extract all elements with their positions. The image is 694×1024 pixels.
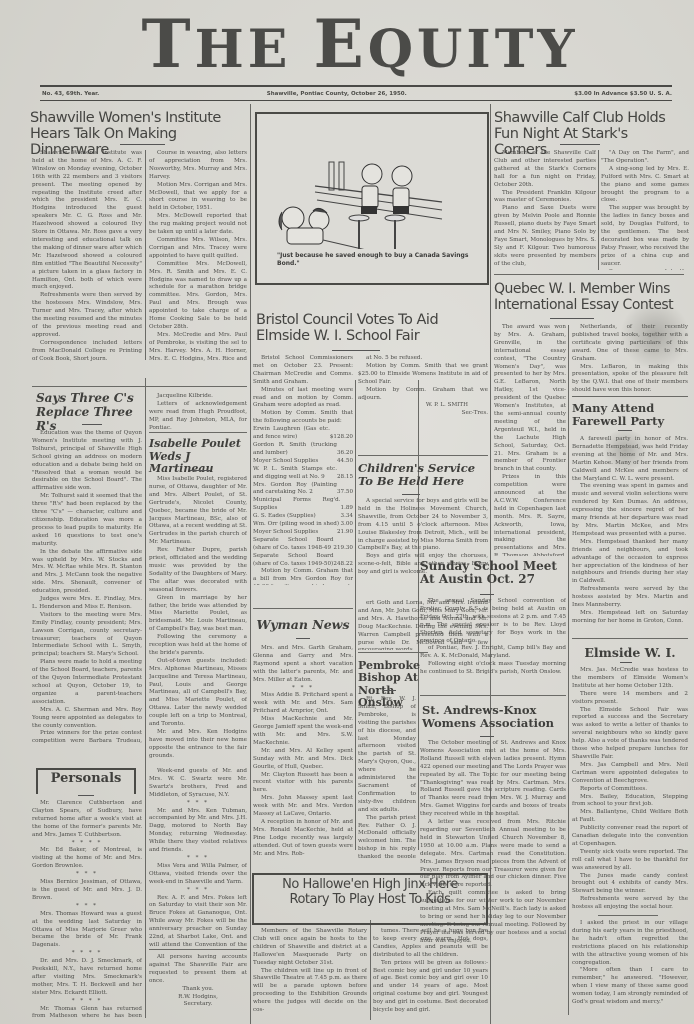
accounts-list: Erwin Laughren (Gas etc. and fence wire)… <box>253 426 353 568</box>
account-amount: 44.50 <box>337 458 353 466</box>
paragraph: Members of the Shawville Calf Club and o… <box>494 150 596 190</box>
cartoon-ad-box: "Just because he saved enough to buy a C… <box>255 112 489 285</box>
headline-three-cs: Says Three C's Replace Three R's <box>36 392 146 433</box>
paragraph: Motion by Comm. Graham that a bill from … <box>253 568 353 585</box>
headline-sunday-school: Sunday School Meet At Austin Oct. 27 <box>420 560 566 587</box>
paragraph: Refreshments were served by the hostess … <box>572 586 688 610</box>
headline-separator <box>190 470 210 471</box>
account-row: W. P. L. Smith Stamps etc. and digging w… <box>253 466 353 482</box>
masthead-letters: HE <box>195 19 314 80</box>
headline-separator <box>480 736 494 737</box>
article-body-pembroke: Rt. Rev. W. J. Smith, Bishop of Pembroke… <box>358 696 416 858</box>
paragraph: Mrs. Jas Campbell and Mrs. Neil Cartman … <box>572 762 688 786</box>
section-rule <box>358 652 428 653</box>
separator-stars: * * * <box>149 800 247 808</box>
paragraph: The parish priest Rev. Father O. J. McDo… <box>358 815 416 858</box>
account-row: Separate School Board (share of Co. taxe… <box>253 553 353 569</box>
dateline: No. 43, 69th. Year. Shawville, Pontiac C… <box>42 89 672 99</box>
paragraph: Course in weaving, also letters of appre… <box>149 150 247 182</box>
account-item: Separate School Board (share of Co. taxe… <box>253 553 333 569</box>
paragraph: In the debate the affirmative side was u… <box>32 549 142 596</box>
masthead-rule-top <box>40 85 672 87</box>
paragraph: Reports of Committees. <box>572 786 688 794</box>
article-body-personals: Mr. Clarence Cuthbertson and Clayton Spe… <box>32 800 142 1020</box>
section-rule <box>149 949 247 950</box>
notice-shawville-fair: All persons having accounts against The … <box>149 954 247 1020</box>
paragraph: Mr. Tolhurst said it seemed that the thr… <box>32 493 142 548</box>
paragraph: Mr. and Mrs. Ken Tubman, accompanied by … <box>149 808 247 855</box>
paragraph: Mrs. Bailey, Education, Stepping from sc… <box>572 794 688 810</box>
paragraph: Dr. and Mrs. D. J. Smeckmark, of Peekski… <box>32 958 142 998</box>
section-rule <box>253 608 353 609</box>
account-item: Mrs. Gordon Roy (Painting and caretaking… <box>253 482 337 498</box>
account-item: Municipal Forms Reg'd. Supplies <box>253 497 341 513</box>
account-row: Erwin Laughren (Gas etc. and fence wire)… <box>253 426 353 442</box>
article-body-elmside-wi: Mrs. Jas. McCredie was hostess to the me… <box>572 667 688 913</box>
paragraph: Following eight o'clock mass Tuesday mor… <box>420 661 566 677</box>
paragraph: The Elmside School Fair was reported a s… <box>572 707 688 762</box>
paragraph: The President Franklin Kilgour was maste… <box>494 190 596 206</box>
headline-separator <box>78 795 94 796</box>
paragraph: The supper was brought by the ladies in … <box>601 205 689 268</box>
article-body-bristol-col1: Bristol School Commissioners met on Octo… <box>253 355 353 585</box>
article-body-bristol-col2: at No. 5 be refused. Motion by Comm. Smi… <box>358 355 488 427</box>
paragraph: Minutes of last meeting were read and on… <box>253 387 353 411</box>
article-body-personals-col2: Week-end guests of Mr. and Mrs. W. C. Sw… <box>149 768 247 948</box>
paragraph: Out-of-town guests included: Mrs. Alphon… <box>149 658 247 729</box>
section-rule <box>32 386 247 387</box>
paragraph: Mrs. Thomas Howard was a guest at the we… <box>32 911 142 951</box>
headline-bristol-council: Bristol Council Votes To Aid Elmside W. … <box>256 312 488 344</box>
section-rule <box>420 695 566 696</box>
paragraph: Rt. Rev. W. J. Smith, Bishop of Pembroke… <box>358 696 416 815</box>
paragraph: Prizes in this competition were announce… <box>494 474 566 556</box>
paragraph: Committee Mrs. McDowell, Mrs. R. Smith a… <box>149 261 247 332</box>
paragraph: Mrs. McCredie and Mrs. Paul of Pembroke,… <box>149 332 247 362</box>
account-amount: 248.22 <box>333 561 353 569</box>
paragraph: Correspondence included letters from Mac… <box>32 340 142 362</box>
paragraph: Mr. and Mrs. Al Kelley spent Sunday with… <box>253 748 353 772</box>
paragraph: Committee Mrs. Wilson, Mrs. Corrigan and… <box>149 237 247 261</box>
section-rule <box>358 455 488 456</box>
account-item: G. S. Eades (Supplies) <box>253 513 316 521</box>
paragraph: The award was won by Mrs. A. Graham, Gre… <box>494 324 566 474</box>
separator-stars: * * * <box>253 685 353 693</box>
paragraph: "More often than I care to remember," he… <box>572 967 688 1007</box>
headline-separator <box>120 144 165 145</box>
signer-name: W. P. L. SMITH <box>358 402 488 410</box>
masthead-title: THE EQUITY <box>40 4 680 84</box>
headline-childrens-service: Children's Service To Be Held Here <box>358 462 488 488</box>
account-row: Gordon R. Smith (trucking and lumber)36.… <box>253 442 353 458</box>
account-row: Moyer School Supplies44.50 <box>253 458 353 466</box>
column-divider <box>598 150 599 270</box>
account-amount: 1.89 <box>341 505 353 513</box>
paragraph: Mr. Ed Baker, of Montreal, is visiting a… <box>32 847 142 871</box>
headline-separator <box>550 318 594 319</box>
paragraph: Miss Vera and Willa Palmer, of Ottawa, v… <box>149 863 247 887</box>
paragraph: Miss Bernice Jessiman, of Ottawa, is the… <box>32 879 142 903</box>
paragraph: Rev. A. F. and Mrs. Fokes left on Saturd… <box>149 895 247 949</box>
newspaper-page: THE EQUITY No. 43, 69th. Year. Shawville… <box>0 0 694 1024</box>
account-row: Moyer School Supplies21.90 <box>253 529 353 537</box>
paragraph: Supper was served to the ones not having… <box>601 269 689 270</box>
headline-separator <box>296 638 310 639</box>
paragraph: Mrs. John Massey spent last week with Mr… <box>253 795 353 819</box>
separator-stars: * * * * <box>32 998 142 1006</box>
paragraph: A special service for boys and girls wil… <box>358 498 488 553</box>
account-amount: $128.20 <box>330 434 353 442</box>
headline-separator <box>480 594 494 595</box>
cartoon-caption: "Just because he saved enough to buy a C… <box>277 252 477 268</box>
paragraph: The children will line up in front of Sh… <box>253 968 367 1015</box>
paragraph: A sing-song led by Mrs. E. Fulford with … <box>601 166 689 206</box>
paragraph: All persons having accounts against The … <box>149 954 247 986</box>
place-date: Shawville, Pontiac County, October 26, 1… <box>267 91 407 97</box>
account-item: Moyer School Supplies <box>253 529 318 537</box>
paragraph: Letters of acknowledgement were read fro… <box>149 401 247 433</box>
paragraph: Mrs. Jas. McCredie was hostess to the me… <box>572 667 688 691</box>
headline-separator <box>332 350 380 351</box>
account-item: Moyer School Supplies <box>253 458 318 466</box>
separator-stars: * * * * <box>32 950 142 958</box>
account-item: W. P. L. Smith Stamps etc. and digging w… <box>253 466 337 482</box>
notice-signer: R.W. Hodgins, <box>149 994 247 1002</box>
column-divider <box>145 150 146 360</box>
paragraph: Mrs. McDowell reported that the rug maki… <box>149 213 247 237</box>
paragraph: Prize winners for the prize contest comp… <box>32 730 142 746</box>
paragraph: Week-end guests of Mr. and Mrs. W. C. Sw… <box>149 768 247 800</box>
account-amount: 3.34 <box>341 513 353 521</box>
cartoon-illustration <box>257 114 487 249</box>
separator-stars: * * * <box>32 871 142 879</box>
article-body-wi-col2: Course in weaving, also letters of appre… <box>149 150 247 362</box>
article-body-three-cs: Education was the theme of Quyon Women's… <box>32 430 142 746</box>
paragraph: "A Day on The Farm", and "The Operation"… <box>601 150 689 166</box>
paragraph: Motion by Comm. Smith that the following… <box>253 410 353 426</box>
article-body-st-andrews: The October meeting of St. Andrews and K… <box>420 740 566 1022</box>
paragraph: Following the ceremony a reception was h… <box>149 634 247 658</box>
ink-smudge <box>620 300 690 370</box>
paragraph: Jacqueline Kilbride. <box>149 393 247 401</box>
masthead-letter: E <box>313 5 367 83</box>
separator-stars: * * * <box>149 887 247 895</box>
section-rule <box>572 638 688 639</box>
paragraph: There were 14 members and 2 visitors pre… <box>572 691 688 707</box>
paragraph: Mr. Thomas Glenn has returned from Mathe… <box>32 1006 142 1020</box>
paragraph: The annual Sunday School convention of P… <box>420 598 566 645</box>
headline-personals: Personals <box>36 772 136 787</box>
paragraph: Piano and Saxe Duets were given by Melvi… <box>494 205 596 268</box>
paragraph: The October meeting of St. Andrews and K… <box>420 740 566 819</box>
headline-separator <box>402 494 420 495</box>
paragraph: Judges were Mrs. E. Findlay, Mrs. L. Hen… <box>32 596 142 612</box>
paragraph: Refreshments were served by the hostess … <box>572 896 688 912</box>
article-body-halloween-col1: Members of the Shawville Rotary Club wil… <box>253 928 367 1020</box>
paragraph: Mr. Clayton Russett has been a recent vi… <box>253 772 353 796</box>
column-divider <box>250 104 251 1024</box>
account-amount: 219.30 <box>333 545 353 553</box>
paragraph: Plans were made to hold a meeting of the… <box>32 659 142 706</box>
paragraph: Mr. and Mrs. Ken Hodgins have moved into… <box>149 729 247 761</box>
section-rule <box>149 432 247 433</box>
section-rule <box>572 396 688 397</box>
headline-separator <box>82 424 102 425</box>
masthead-letters: QUITY <box>368 19 579 80</box>
headline-separator <box>382 690 396 691</box>
paragraph: Miss Isabelle Poulet, registered nurse, … <box>149 476 247 547</box>
account-row: G. S. Eades (Supplies)3.34 <box>253 513 353 521</box>
account-item: Wm. Orr (piling wood in shed) <box>253 521 339 529</box>
account-amount: 3.00 <box>341 521 353 529</box>
account-row: Mrs. Gordon Roy (Painting and caretaking… <box>253 482 353 498</box>
section-rule <box>494 274 684 275</box>
headline-separator <box>560 144 600 145</box>
masthead-rule-bottom <box>40 100 672 101</box>
paragraph: Each quilt committee is asked to bring s… <box>420 890 566 945</box>
paragraph: Mrs. LeBaron, in making this presentatio… <box>572 364 688 394</box>
separator-stars: * * * <box>149 855 247 863</box>
article-body-sunday-school: The annual Sunday School convention of P… <box>420 598 566 698</box>
paragraph: Refreshments were then served by the hos… <box>32 292 142 339</box>
account-row: Municipal Forms Reg'd. Supplies1.89 <box>253 497 353 513</box>
article-body-isabelle: Miss Isabelle Poulet, registered nurse, … <box>149 476 247 766</box>
account-amount: 36.20 <box>337 450 353 458</box>
paragraph: The evening was spent in games and music… <box>572 483 688 538</box>
account-row: Separate School Board (share of Co. taxe… <box>253 537 353 553</box>
column-divider <box>355 380 356 850</box>
paragraph: I asked the priest in our village during… <box>572 920 688 967</box>
paragraph: Given in marriage by her father, the bri… <box>149 595 247 635</box>
issue-number: No. 43, 69th. Year. <box>42 91 99 97</box>
paragraph: A reception in honor of Mr. and Mrs. Ron… <box>253 819 353 857</box>
paragraph: Mrs. Hempstead left on Saturday morning … <box>572 610 688 626</box>
paragraph: Mrs. A. C. Sherman and Mrs. Roy Young we… <box>32 707 142 731</box>
headline-wyman-news: Wyman News <box>253 618 353 632</box>
paragraph: The Junes made candy contest brought out… <box>572 873 688 897</box>
paragraph: Mrs. Ballantyne, Child Welfare Both at F… <box>572 809 688 825</box>
account-row: Wm. Orr (piling wood in shed)3.00 <box>253 521 353 529</box>
column-divider <box>370 920 371 1020</box>
headline-elmside-wi: Elmside W. I. <box>572 646 688 660</box>
headline-separator <box>620 662 632 663</box>
headline-st-andrews: St. Andrews-Knox Womens Association <box>422 704 568 730</box>
article-body-wi-continued: Jacqueline Kilbride. Letters of acknowle… <box>149 393 247 433</box>
ink-smudge <box>600 430 650 470</box>
paragraph: Rev. Father Dupre, parish priest, offici… <box>149 547 247 594</box>
article-body-calf-club-col1: Members of the Shawville Calf Club and o… <box>494 150 596 270</box>
paragraph: Education was the theme of Quyon Women's… <box>32 430 142 493</box>
paragraph: Miss MacKechnie and Mr. George Jamieff s… <box>253 716 353 748</box>
account-amount: 37.50 <box>337 489 353 497</box>
paragraph: Motion Mrs. Corrigan and Mrs. McDowell, … <box>149 182 247 214</box>
paragraph: Mrs. Hempstead thanked her many friends … <box>572 539 688 586</box>
subscription-price: $3.00 In Advance $3.50 U. S. A. <box>574 91 672 97</box>
account-item: Separate School Board (share of Co. taxe… <box>253 537 333 553</box>
paragraph: Motion by Comm. Graham that we adjourn. <box>358 387 488 403</box>
masthead-letter: T <box>141 5 194 83</box>
column-divider <box>568 325 569 1015</box>
account-amount: 21.90 <box>337 529 353 537</box>
notice-thanks: Thank you. <box>149 986 247 994</box>
paragraph: Twenty sick visits were reported. The ro… <box>572 849 688 873</box>
account-amount: 28.15 <box>337 474 353 482</box>
account-item: Gordon R. Smith (trucking and lumber) <box>253 442 337 458</box>
paragraph: at No. 5 be refused. <box>358 355 488 363</box>
article-body-quebec-wi-col1: The award was won by Mrs. A. Graham, Gre… <box>494 324 566 556</box>
paragraph: A letter was received from Mrs. Ritchie … <box>420 819 566 890</box>
paragraph: Motion by Comm. Smith that we grant $25.… <box>358 363 488 387</box>
paragraph: Visitors to the meeting were Mrs. Emily … <box>32 612 142 659</box>
filler-anecdote: I asked the priest in our village during… <box>572 920 688 1020</box>
article-body-wyman: Mrs. and Mrs. Garth Graham, Glenna and G… <box>253 645 353 857</box>
paragraph: Members of the Shawville Rotary Club wil… <box>253 928 367 968</box>
paragraph: Shawville Women's Institute was held at … <box>32 150 142 292</box>
signer-title: Sec-Tres. <box>358 410 488 418</box>
paragraph: Publicity convener read the report of Ca… <box>572 825 688 849</box>
paragraph: Miss Addie B. Pritchard spent a week wit… <box>253 692 353 716</box>
account-item: Erwin Laughren (Gas etc. and fence wire) <box>253 426 330 442</box>
headline-farewell-party: Many Attend Farewell Party <box>572 402 688 428</box>
article-body-wi-col1: Shawville Women's Institute was held at … <box>32 150 142 362</box>
section-rule <box>598 915 658 916</box>
separator-stars: * * * <box>32 903 142 911</box>
paragraph: Bristol School Commissioners met on Octo… <box>253 355 353 387</box>
separator-stars: * * * * <box>32 840 142 848</box>
column-divider <box>145 378 146 1018</box>
paragraph: Mrs. and Mrs. Garth Graham, Glenna and G… <box>253 645 353 685</box>
paragraph: Mr. Clarence Cuthbertson and Clayton Spe… <box>32 800 142 840</box>
paragraph: of Pontiac, Rev. J. Enright, Camp bill's… <box>420 645 566 661</box>
notice-signer-title: Secretary. <box>149 1001 247 1009</box>
article-body-calf-club-col2: "A Day on The Farm", and "The Operation"… <box>601 150 689 270</box>
